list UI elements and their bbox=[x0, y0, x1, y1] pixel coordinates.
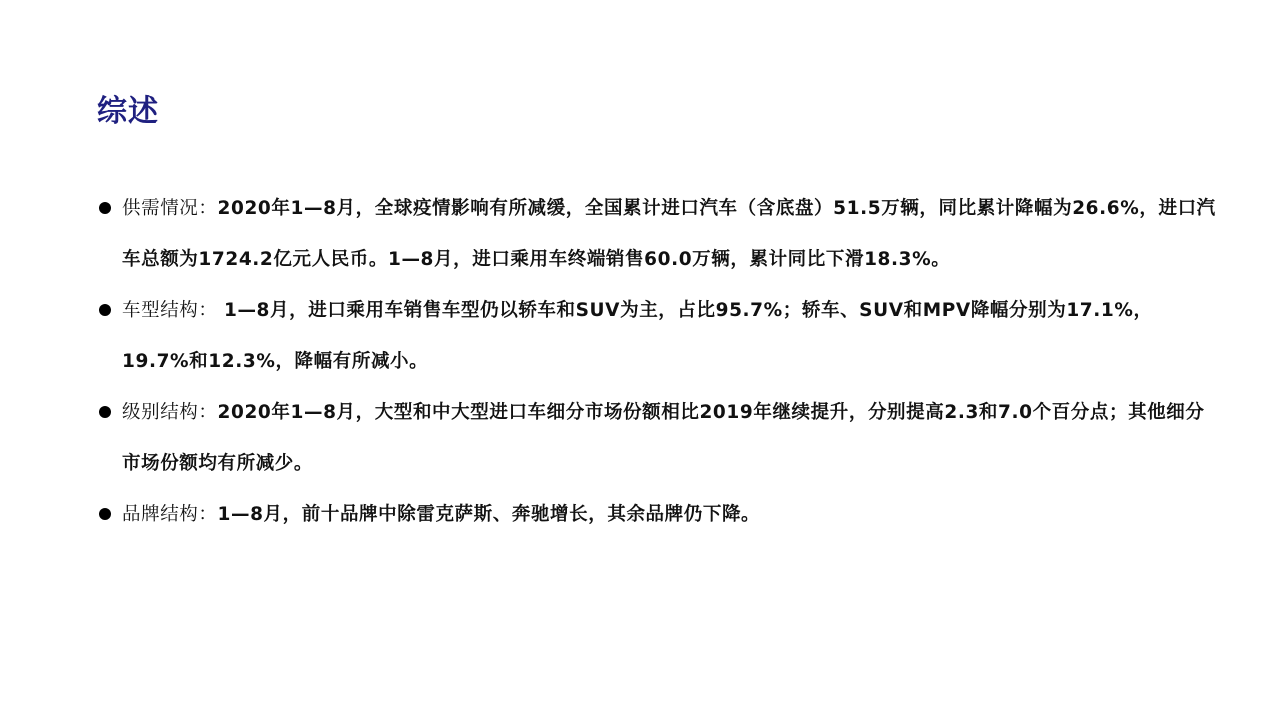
bullet-dot-icon bbox=[99, 406, 111, 418]
bullet-label: 车型结构： bbox=[122, 300, 224, 321]
bullet-item-brand-structure: 品牌结构：1—8月，前十品牌中除雷克萨斯、奔驰增长，其余品牌仍下降。 bbox=[97, 489, 1217, 540]
bullet-dot-icon bbox=[99, 304, 111, 316]
bullet-label: 品牌结构： bbox=[122, 504, 218, 525]
bullet-text: 1—8月，进口乘用车销售车型仍以轿车和SUV为主，占比95.7%；轿车、SUV和… bbox=[122, 300, 1153, 372]
bullet-label: 级别结构： bbox=[122, 402, 218, 423]
bullet-label: 供需情况： bbox=[122, 198, 218, 219]
bullet-dot-icon bbox=[99, 508, 111, 520]
bullet-text: 2020年1—8月，大型和中大型进口车细分市场份额相比2019年继续提升，分别提… bbox=[122, 402, 1205, 474]
bullet-item-class-structure: 级别结构：2020年1—8月，大型和中大型进口车细分市场份额相比2019年继续提… bbox=[97, 387, 1217, 489]
slide: 综述 供需情况：2020年1—8月，全球疫情影响有所减缓，全国累计进口汽车（含底… bbox=[0, 0, 1280, 720]
bullet-list: 供需情况：2020年1—8月，全球疫情影响有所减缓，全国累计进口汽车（含底盘）5… bbox=[97, 183, 1217, 540]
bullet-item-model-structure: 车型结构： 1—8月，进口乘用车销售车型仍以轿车和SUV为主，占比95.7%；轿… bbox=[97, 285, 1217, 387]
bullet-dot-icon bbox=[99, 202, 111, 214]
bullet-text: 1—8月，前十品牌中除雷克萨斯、奔驰增长，其余品牌仍下降。 bbox=[218, 504, 761, 525]
page-title: 综述 bbox=[97, 92, 159, 132]
bullet-text: 2020年1—8月，全球疫情影响有所减缓，全国累计进口汽车（含底盘）51.5万辆… bbox=[122, 198, 1216, 270]
bullet-item-supply-demand: 供需情况：2020年1—8月，全球疫情影响有所减缓，全国累计进口汽车（含底盘）5… bbox=[97, 183, 1217, 285]
